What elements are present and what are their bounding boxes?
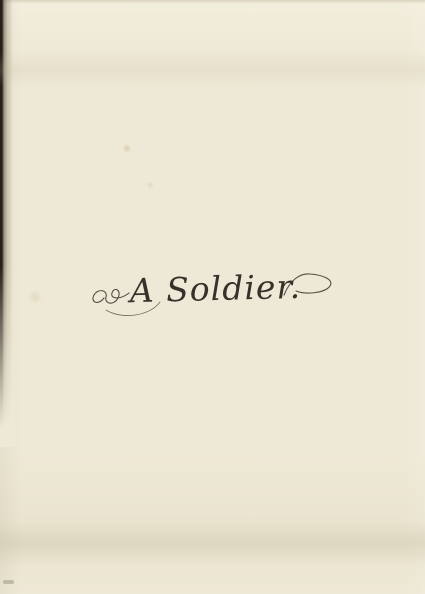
- calligraphic-inscription: A Soldier.: [88, 248, 348, 332]
- flourish-left-loops: [93, 289, 129, 303]
- page-top-edge-shadow: [0, 0, 425, 4]
- inscription-text: A Soldier.: [126, 267, 301, 311]
- faint-corner-mark: [3, 580, 14, 584]
- paper-tone-band-bottom: [0, 520, 425, 566]
- page-gutter-fade: [0, 265, 15, 447]
- foxing-spot: [146, 181, 154, 189]
- paper-tone-band-top: [0, 52, 425, 88]
- book-page-scan: A Soldier.: [0, 0, 425, 594]
- foxing-spot: [27, 290, 43, 304]
- foxing-spot: [122, 144, 132, 153]
